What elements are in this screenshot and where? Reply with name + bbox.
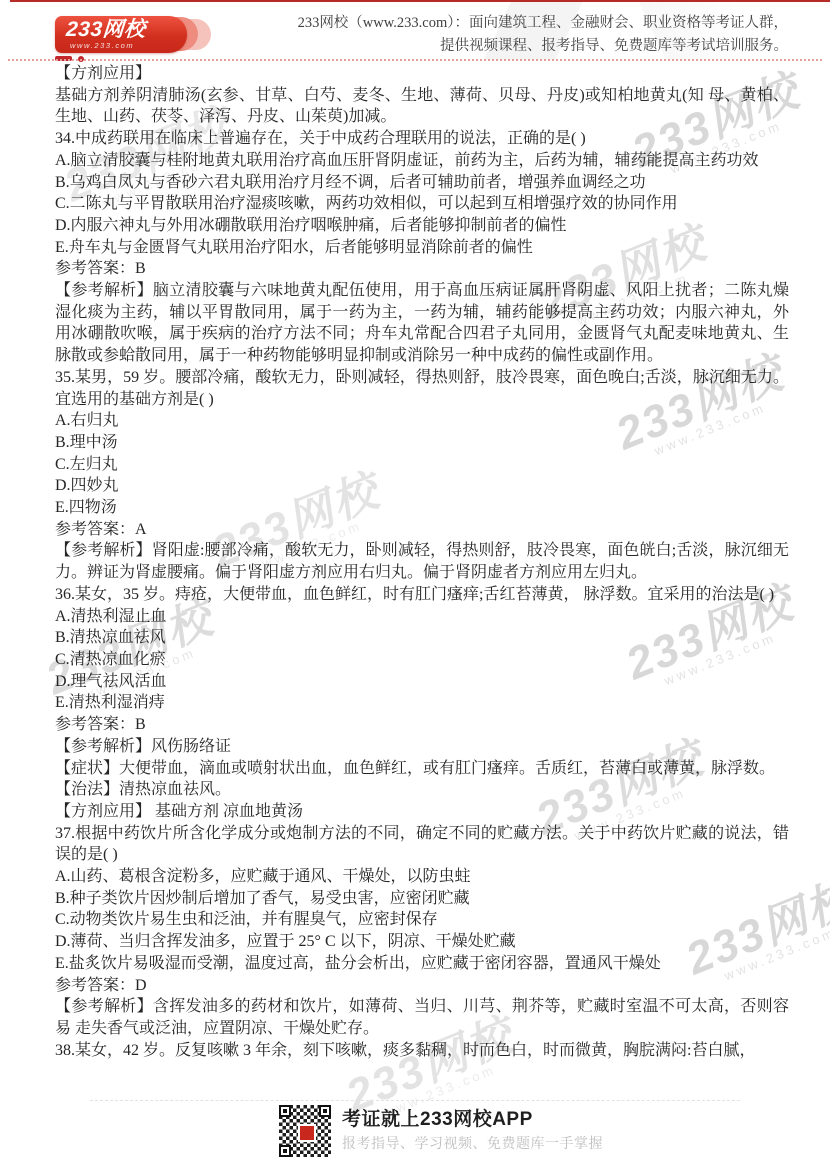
text-line: C.左归丸 — [55, 454, 789, 476]
text-line: 【症状】大便带血，滴血或喷射状出血，血色鲜红，或有肛门瘙痒。舌质红，苔薄白或薄黄… — [55, 758, 789, 780]
text-line: C.二陈丸与平胃散联用治疗湿痰咳嗽，两药功效相似，可以起到互相增强疗效的协同作用 — [55, 193, 789, 215]
qr-eye-icon — [279, 1105, 291, 1117]
text-line: 34.中成药联用在临床上普遍存在，关于中成药合理联用的说法，正确的是( ) — [55, 128, 789, 150]
text-line: E.舟车丸与金匮肾气丸联用治疗阳水，后者能够明显消除前者的偏性 — [55, 237, 789, 259]
text-line: 参考答案：B — [55, 258, 789, 280]
text-line: 参考答案：A — [55, 519, 789, 541]
app-qr-code — [279, 1105, 331, 1157]
text-line: 参考答案：D — [55, 975, 789, 997]
page: 233网校 www.233.com 233网校（www.233.com）：面向建… — [0, 0, 830, 1175]
header-tagline-line2: 提供视频课程、报考指导、免费题库等考试培训服务。 — [248, 35, 788, 58]
logo-url-text: www.233.com — [70, 41, 187, 50]
logo-badge: 233网校 www.233.com — [55, 16, 187, 53]
header-tagline-line1: 233网校（www.233.com）：面向建筑工程、金融财会、职业资格等考证人群… — [248, 12, 788, 35]
text-line: 35.某男，59 岁。腰部冷痛，酸软无力，卧则减轻，得热则舒，肢冷畏寒，面色晚白… — [55, 367, 789, 410]
qr-eye-icon — [319, 1105, 331, 1117]
text-line: B.理中汤 — [55, 432, 789, 454]
text-line: B.乌鸡白凤丸与香砂六君丸联用治疗月经不调，后者可辅助前者，增强养血调经之功 — [55, 172, 789, 194]
footer-title: 考证就上233网校APP — [342, 1104, 533, 1131]
text-line: A.右归丸 — [55, 410, 789, 432]
text-line: 【治法】清热凉血祛风。 — [55, 779, 789, 801]
footer-divider — [90, 1100, 740, 1101]
text-line: 37.根据中药饮片所含化学成分或炮制方法的不同，确定不同的贮藏方法。关于中药饮片… — [55, 823, 789, 866]
text-line: 【参考解析】含挥发油多的药材和饮片，如薄荷、当归、川芎、荆芥等，贮藏时室温不可太… — [55, 996, 789, 1039]
text-line: D.薄荷、当归含挥发油多，应置于 25° C 以下，阴凉、干燥处贮藏 — [55, 931, 789, 953]
text-line: B.种子类饮片因炒制后增加了香气，易受虫害，应密闭贮藏 — [55, 888, 789, 910]
text-line: 【方剂应用】 — [55, 63, 789, 85]
text-line: 参考答案：B — [55, 714, 789, 736]
qr-eye-icon — [279, 1145, 291, 1157]
logo-brand-text: 233网校 — [65, 19, 188, 41]
footer-subtitle: 报考指导、学习视频、免费题库一手掌握 — [342, 1133, 603, 1153]
header-divider — [8, 59, 822, 61]
text-line: E.清热利湿消痔 — [55, 692, 789, 714]
text-line: D.四妙丸 — [55, 475, 789, 497]
header-tagline: 233网校（www.233.com）：面向建筑工程、金融财会、职业资格等考证人群… — [248, 12, 788, 58]
text-line: A.清热利湿止血 — [55, 606, 789, 628]
brand-logo: 233网校 www.233.com — [55, 16, 275, 60]
text-line: A.脑立清胶囊与桂附地黄丸联用治疗高血压肝肾阴虚证，前药为主，后药为辅，辅药能提… — [55, 150, 789, 172]
text-line: 基础方剂养阴清肺汤(玄参、甘草、白芍、麦冬、生地、薄荷、贝母、丹皮)或知柏地黄丸… — [55, 85, 789, 128]
text-line: 【方剂应用】 基础方剂 凉血地黄汤 — [55, 801, 789, 823]
text-line: 【参考解析】脑立清胶囊与六味地黄丸配伍使用，用于高血压病证属肝肾阴虚、风阳上扰者… — [55, 280, 789, 367]
text-line: D.内服六神丸与外用冰硼散联用治疗咽喉肿痛，后者能够抑制前者的偏性 — [55, 215, 789, 237]
text-line: C.动物类饮片易生虫和泛油，并有腥臭气，应密封保存 — [55, 909, 789, 931]
text-line: E.盐炙饮片易吸湿而受潮，温度过高，盐分会析出，应贮藏于密闭容器，置通风干燥处 — [55, 953, 789, 975]
text-line: B.清热凉血祛风 — [55, 627, 789, 649]
text-line: E.四物汤 — [55, 497, 789, 519]
qr-center-badge — [298, 1124, 316, 1142]
text-line: D.理气祛风活血 — [55, 671, 789, 693]
text-line: 36.某女，35 岁。痔疮，大便带血，血色鲜红，时有肛门瘙痒;舌红苔薄黄， 脉浮… — [55, 584, 789, 606]
document-body: 【方剂应用】基础方剂养阴清肺汤(玄参、甘草、白芍、麦冬、生地、薄荷、贝母、丹皮)… — [55, 63, 789, 1061]
text-line: A.山药、葛根含淀粉多，应贮藏于通风、干燥处，以防虫蛀 — [55, 866, 789, 888]
text-line: 38.某女，42 岁。反复咳嗽 3 年余，刻下咳嗽，痰多黏稠，时而色白，时而微黄… — [55, 1040, 789, 1062]
text-line: 【参考解析】风伤肠络证 — [55, 736, 789, 758]
text-line: C.清热凉血化瘀 — [55, 649, 789, 671]
text-line: 【参考解析】肾阳虚:腰部冷痛，酸软无力，卧则减轻，得热则舒，肢冷畏寒，面色㿠白;… — [55, 540, 789, 583]
